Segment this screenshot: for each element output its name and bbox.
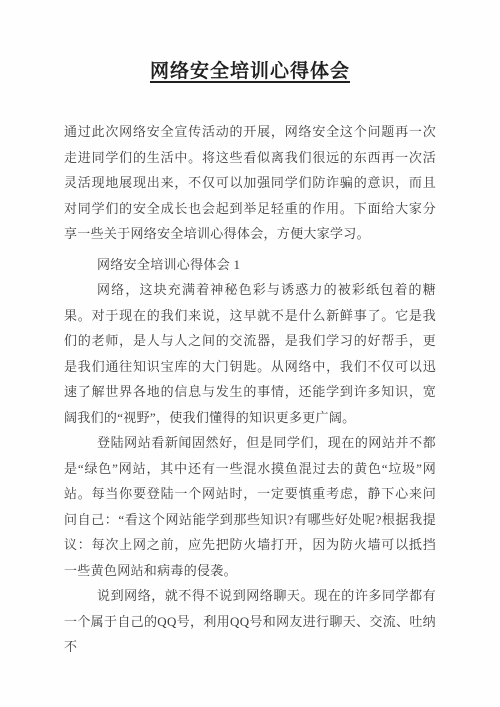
document-title: 网络安全培训心得体会 [64, 58, 436, 85]
paragraph-intro: 通过此次网络安全宣传活动的开展，网络安全这个问题再一次走进同学们的生活中。将这些… [64, 119, 436, 247]
section-heading: 网络安全培训心得体会 1 [64, 252, 436, 278]
paragraph-qq-chat: 说到网络，就不得不说到网络聊天。现在的许多同学都有一个属于自己的QQ号，利用QQ… [64, 583, 436, 660]
document-page: 网络安全培训心得体会 通过此次网络安全宣传活动的开展，网络安全这个问题再一次走进… [0, 0, 500, 707]
paragraph-websites: 登陆网站看新闻固然好，但是同学们，现在的网站并不都是“绿色”网站，其中还有一些混… [64, 430, 436, 583]
paragraph-network-candy: 网络，这块充满着神秘色彩与诱惑力的被彩纸包着的糖果。对于现在的我们来说，这早就不… [64, 277, 436, 430]
